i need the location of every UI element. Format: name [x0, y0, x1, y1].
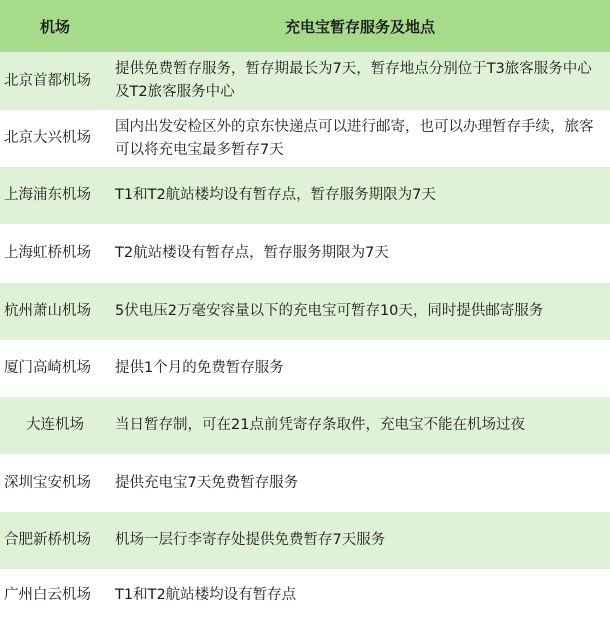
service-description: 国内出发安检区外的京东快递点可以进行邮寄，也可以办理暂存手续，旅客可以将充电宝最…: [110, 110, 610, 167]
service-description: 提供1个月的免费暂存服务: [110, 340, 610, 397]
service-description: T1和T2航站楼均设有暂存点: [110, 569, 610, 622]
table-row: 北京大兴机场 国内出发安检区外的京东快递点可以进行邮寄，也可以办理暂存手续，旅客…: [0, 110, 610, 167]
airport-power-bank-table: 机场 充电宝暂存服务及地点 北京首都机场 提供免费暂存服务，暂存期最长为7天，暂…: [0, 0, 610, 622]
airport-name: 上海虹桥机场: [0, 224, 110, 283]
airport-name: 杭州萧山机场: [0, 283, 110, 340]
airport-name: 广州白云机场: [0, 569, 110, 622]
table-row: 厦门高崎机场 提供1个月的免费暂存服务: [0, 340, 610, 397]
table-row: 北京首都机场 提供免费暂存服务，暂存期最长为7天，暂存地点分别位于T3旅客服务中…: [0, 52, 610, 110]
airport-name: 上海浦东机场: [0, 167, 110, 224]
table-row: 上海虹桥机场 T2航站楼设有暂存点，暂存服务期限为7天: [0, 224, 610, 283]
airport-name: 北京首都机场: [0, 52, 110, 110]
service-description: 机场一层行李寄存处提供免费暂存7天服务: [110, 512, 610, 569]
airport-name: 北京大兴机场: [0, 110, 110, 167]
table-row: 广州白云机场 T1和T2航站楼均设有暂存点: [0, 569, 610, 622]
service-description: 提供免费暂存服务，暂存期最长为7天，暂存地点分别位于T3旅客服务中心及T2旅客服…: [110, 52, 610, 110]
airport-name: 深圳宝安机场: [0, 454, 110, 512]
header-airport: 机场: [0, 0, 110, 52]
table-row: 大连机场 当日暂存制，可在21点前凭寄存条取件，充电宝不能在机场过夜: [0, 397, 610, 454]
table-row: 合肥新桥机场 机场一层行李寄存处提供免费暂存7天服务: [0, 512, 610, 569]
header-service: 充电宝暂存服务及地点: [110, 0, 610, 52]
service-description: T1和T2航站楼均设有暂存点，暂存服务期限为7天: [110, 167, 610, 224]
table-row: 杭州萧山机场 5伏电压2万毫安容量以下的充电宝可暂存10天，同时提供邮寄服务: [0, 283, 610, 340]
table-row: 上海浦东机场 T1和T2航站楼均设有暂存点，暂存服务期限为7天: [0, 167, 610, 224]
service-description: 提供充电宝7天免费暂存服务: [110, 454, 610, 512]
service-description: 当日暂存制，可在21点前凭寄存条取件，充电宝不能在机场过夜: [110, 397, 610, 454]
airport-name: 合肥新桥机场: [0, 512, 110, 569]
service-description: 5伏电压2万毫安容量以下的充电宝可暂存10天，同时提供邮寄服务: [110, 283, 610, 340]
table-header-row: 机场 充电宝暂存服务及地点: [0, 0, 610, 52]
table-row: 深圳宝安机场 提供充电宝7天免费暂存服务: [0, 454, 610, 512]
airport-name: 厦门高崎机场: [0, 340, 110, 397]
airport-name: 大连机场: [0, 397, 110, 454]
service-description: T2航站楼设有暂存点，暂存服务期限为7天: [110, 224, 610, 283]
